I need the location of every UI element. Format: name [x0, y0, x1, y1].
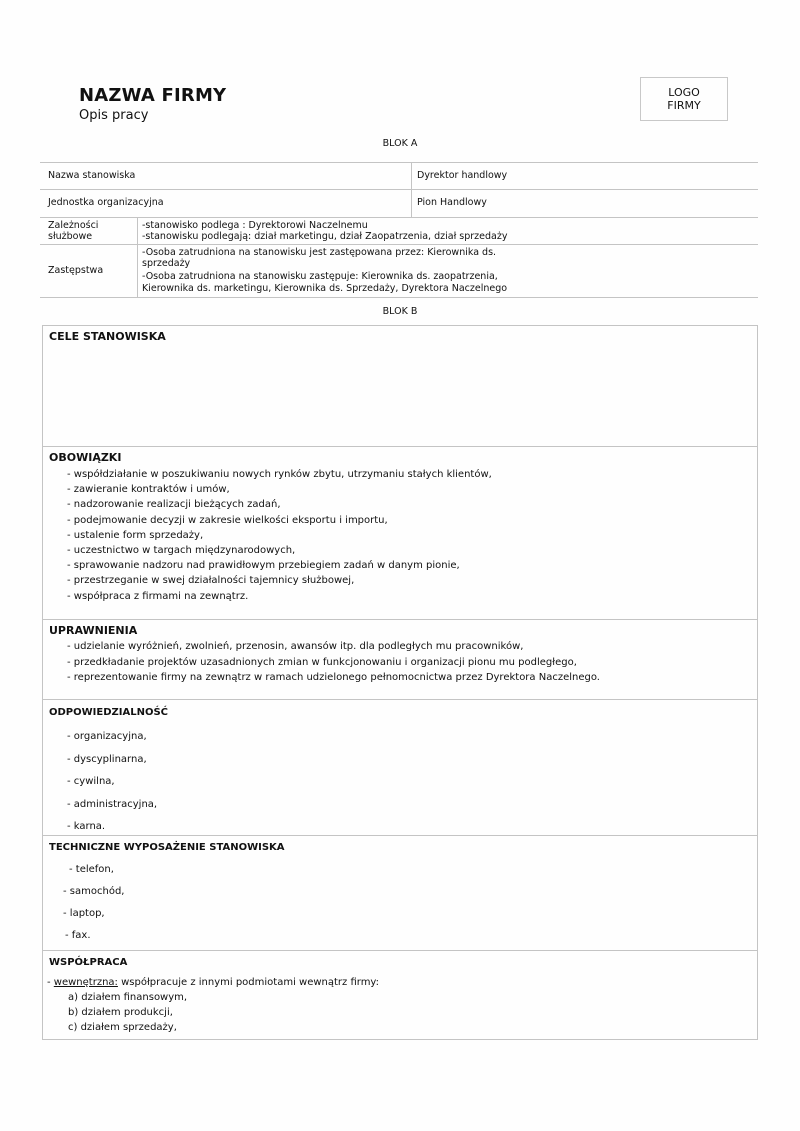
- zastepstwa-line: sprzedaży: [142, 258, 190, 269]
- block-a-table: Nazwa stanowiska Dyrektor handlowy Jedno…: [40, 162, 758, 298]
- list-item: - zawieranie kontraktów i umów,: [67, 484, 230, 495]
- list-item: - dyscyplinarna,: [67, 754, 147, 765]
- list-item: - ustalenie form sprzedaży,: [67, 530, 203, 541]
- list-item: a) działem finansowym,: [68, 992, 187, 1003]
- list-item: - nadzorowanie realizacji bieżących zada…: [67, 499, 281, 510]
- list-item: - telefon,: [69, 864, 114, 875]
- block-a-label: BLOK A: [0, 138, 800, 149]
- divider: [137, 218, 138, 244]
- section-title: CELE STANOWISKA: [49, 330, 166, 343]
- list-item: - karna.: [67, 821, 105, 832]
- document-subtitle: Opis pracy: [79, 108, 148, 123]
- zaleznosci-label-1: Zależności: [48, 220, 98, 231]
- row-value: Dyrektor handlowy: [417, 170, 507, 181]
- section-wspolpraca: WSPÓŁPRACA - wewnętrzna: współpracuje z …: [43, 951, 757, 1039]
- section-title: ODPOWIEDZIALNOŚĆ: [49, 707, 168, 718]
- section-uprawnienia: UPRAWNIENIA - udzielanie wyróżnień, zwol…: [43, 620, 757, 700]
- section-obowiazki: OBOWIĄZKI - współdziałanie w poszukiwani…: [43, 447, 757, 620]
- zastepstwa-label: Zastępstwa: [48, 265, 103, 276]
- table-row: Nazwa stanowiska Dyrektor handlowy: [40, 162, 758, 189]
- zastepstwa-line: -Osoba zatrudniona na stanowisku jest za…: [142, 247, 496, 258]
- list-item: - administracyjna,: [67, 799, 157, 810]
- list-item: - laptop,: [63, 908, 105, 919]
- list-item: - udzielanie wyróżnień, zwolnień, przeno…: [67, 641, 523, 652]
- list-item: - reprezentowanie firmy na zewnątrz w ra…: [67, 672, 600, 683]
- list-item: b) działem produkcji,: [68, 1007, 173, 1018]
- company-name: NAZWA FIRMY: [79, 85, 226, 106]
- section-cele: CELE STANOWISKA: [43, 326, 757, 447]
- section-odpowiedzialnosc: ODPOWIEDZIALNOŚĆ - organizacyjna,- dyscy…: [43, 700, 757, 836]
- block-b-label: BLOK B: [0, 306, 800, 317]
- zaleznosci-label-2: służbowe: [48, 231, 92, 242]
- section-title: WSPÓŁPRACA: [49, 957, 127, 968]
- section-title: TECHNICZNE WYPOSAŻENIE STANOWISKA: [49, 842, 285, 853]
- list-item: - uczestnictwo w targach międzynarodowyc…: [67, 545, 295, 556]
- zastepstwa-line: Kierownika ds. marketingu, Kierownika ds…: [142, 283, 507, 294]
- divider: [411, 163, 412, 189]
- list-item: - organizacyjna,: [67, 731, 147, 742]
- intro-prefix: -: [47, 977, 54, 988]
- list-item: c) działem sprzedaży,: [68, 1022, 177, 1033]
- list-item: - podejmowanie decyzji w zakresie wielko…: [67, 515, 388, 526]
- section-wyposazenie: TECHNICZNE WYPOSAŻENIE STANOWISKA - tele…: [43, 836, 757, 951]
- table-row-zaleznosci: Zależności służbowe -stanowisko podlega …: [40, 217, 758, 244]
- zastepstwa-line: -Osoba zatrudniona na stanowisku zastępu…: [142, 271, 498, 282]
- list-item: - sprawowanie nadzoru nad prawidłowym pr…: [67, 560, 460, 571]
- zaleznosci-line: -stanowisko podlega : Dyrektorowi Naczel…: [142, 220, 368, 231]
- list-item: - przedkładanie projektów uzasadnionych …: [67, 657, 577, 668]
- list-item: - cywilna,: [67, 776, 115, 787]
- block-b: CELE STANOWISKA OBOWIĄZKI - współdziałan…: [42, 325, 758, 1040]
- row-value: Pion Handlowy: [417, 197, 487, 208]
- section-title: OBOWIĄZKI: [49, 451, 121, 464]
- section-title: UPRAWNIENIA: [49, 624, 137, 637]
- row-label: Jednostka organizacyjna: [48, 197, 164, 208]
- list-item: - fax.: [65, 930, 91, 941]
- intro-underlined: wewnętrzna:: [54, 977, 118, 988]
- divider: [137, 245, 138, 297]
- divider: [411, 190, 412, 217]
- zaleznosci-line: -stanowisku podlegają: dział marketingu,…: [142, 231, 507, 242]
- table-row: Jednostka organizacyjna Pion Handlowy: [40, 189, 758, 217]
- row-label: Nazwa stanowiska: [48, 170, 135, 181]
- list-item: - samochód,: [63, 886, 124, 897]
- logo-text: LOGO FIRMY: [667, 86, 700, 112]
- company-logo: LOGO FIRMY: [640, 77, 728, 121]
- list-item: - przestrzeganie w swej działalności taj…: [67, 575, 354, 586]
- table-row-zastepstwa: Zastępstwa -Osoba zatrudniona na stanowi…: [40, 244, 758, 298]
- list-item: - współpraca z firmami na zewnątrz.: [67, 591, 248, 602]
- list-item: - współdziałanie w poszukiwaniu nowych r…: [67, 469, 492, 480]
- wspolpraca-intro: - wewnętrzna: współpracuje z innymi podm…: [47, 977, 379, 988]
- intro-rest: współpracuje z innymi podmiotami wewnątr…: [118, 977, 379, 988]
